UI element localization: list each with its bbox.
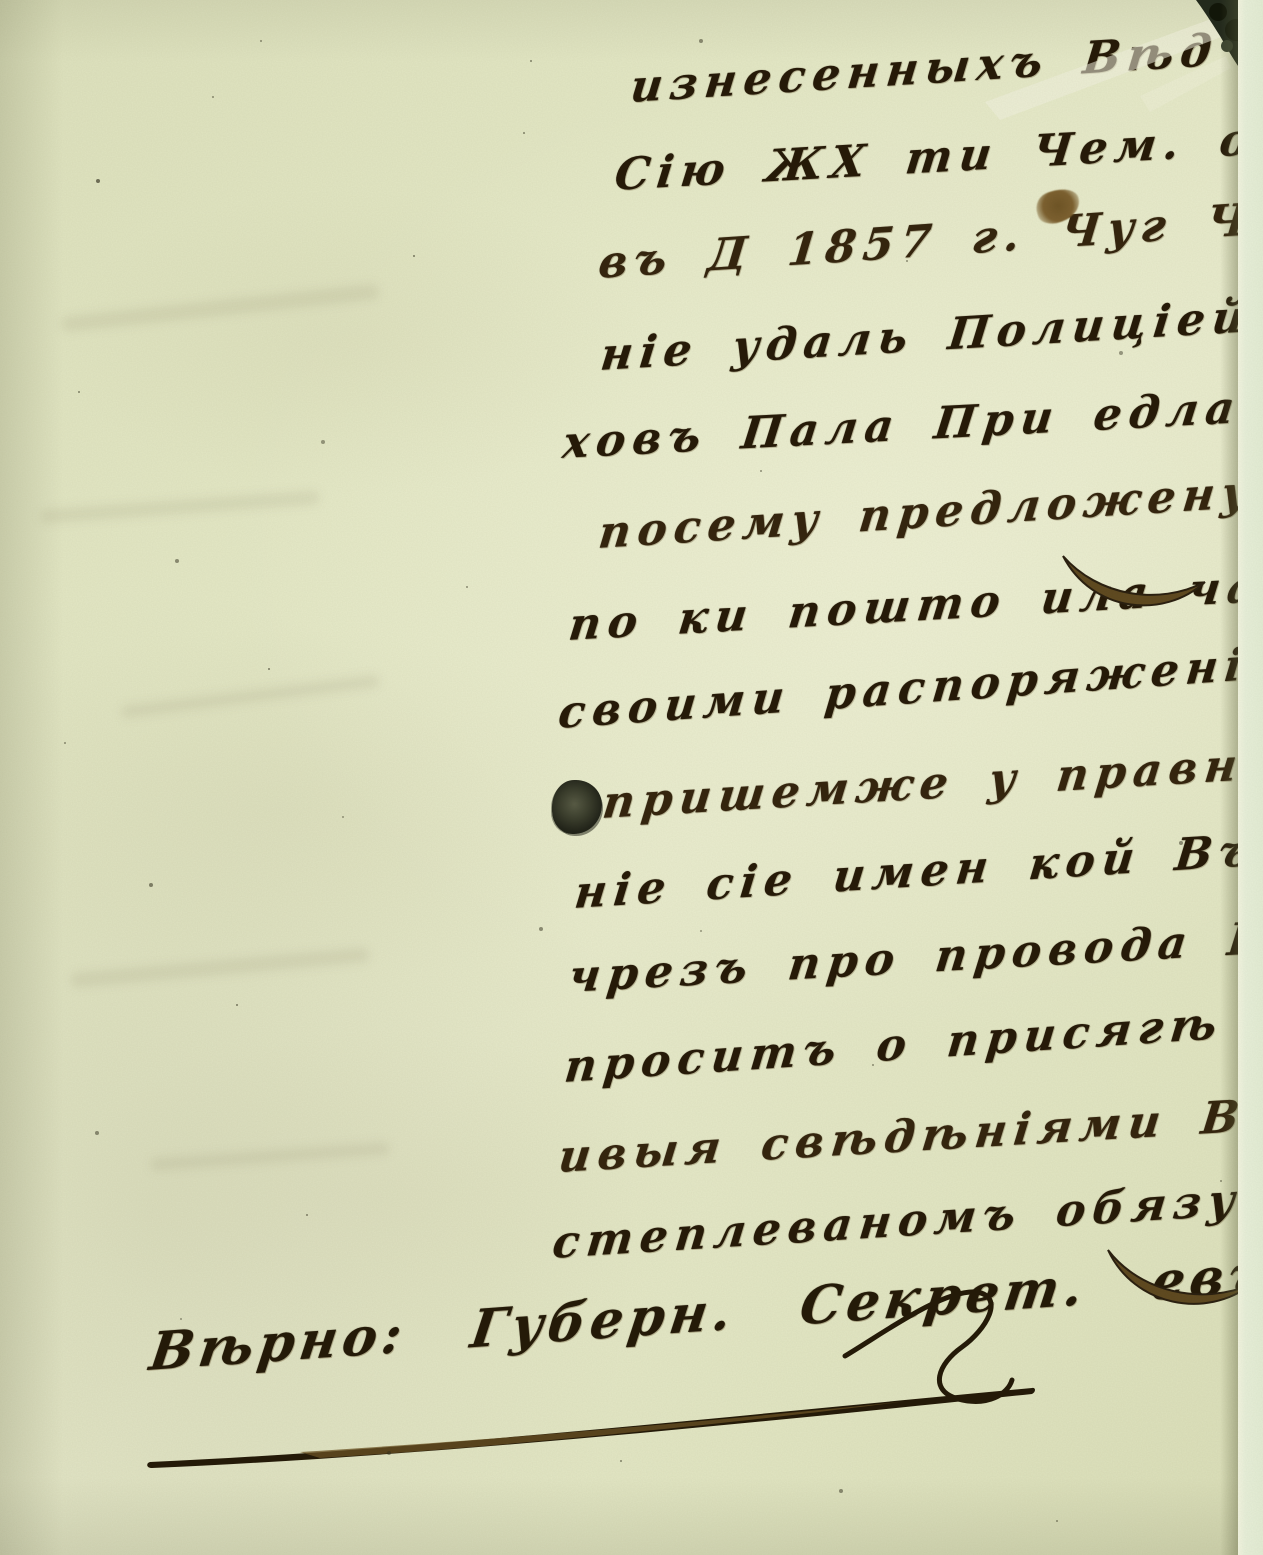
manuscript-line: ніе удаль Полиціей Въ xyxy=(598,284,1263,381)
speck-dots xyxy=(0,0,2,2)
manuscript-line: Сію ЖХ ти Чем. октября xyxy=(612,100,1263,201)
bleedthrough-smudge xyxy=(70,947,370,988)
manuscript-line: ніе сіе имен кой Въ xyxy=(572,825,1261,919)
page-edge-strip xyxy=(1238,0,1263,1555)
manuscript-line: ивыя свѣдѣніями Въ xyxy=(556,1088,1263,1183)
manuscript-line: посему предложену xyxy=(596,466,1258,559)
manuscript-line: изнесенныхъ Вѣд № 1845 xyxy=(628,7,1263,113)
bleedthrough-smudge xyxy=(150,1142,390,1172)
manuscript-line: проситъ о присягѣ xyxy=(562,998,1226,1093)
manuscript-line: своими распоряженіемъ xyxy=(556,631,1263,739)
signature-underline-flourish xyxy=(147,1388,1035,1468)
page-right-edge xyxy=(1220,0,1238,1555)
manuscript-line: чрезъ про провода Гл xyxy=(566,910,1263,1003)
manuscript-line: въ Д 1857 г. Чуг Чугуевс xyxy=(596,181,1263,289)
bleedthrough-smudge xyxy=(60,283,380,332)
manuscript-line: по ки пошто ила часть xyxy=(566,554,1263,651)
manuscript-line: ховъ Пала При едлачаф xyxy=(560,376,1263,469)
bleedthrough-smudge xyxy=(120,674,380,719)
bleedthrough-smudge xyxy=(40,490,320,523)
manuscript-line: пришемже у правне xyxy=(600,737,1263,829)
signature-line: Вѣрно: Губерн. Секрет. евъ xyxy=(146,1243,1263,1383)
manuscript-page: изнесенныхъ Вѣд № 1845 Сію ЖХ ти Чем. ок… xyxy=(0,0,1263,1555)
ink-blot-stain xyxy=(552,780,602,834)
